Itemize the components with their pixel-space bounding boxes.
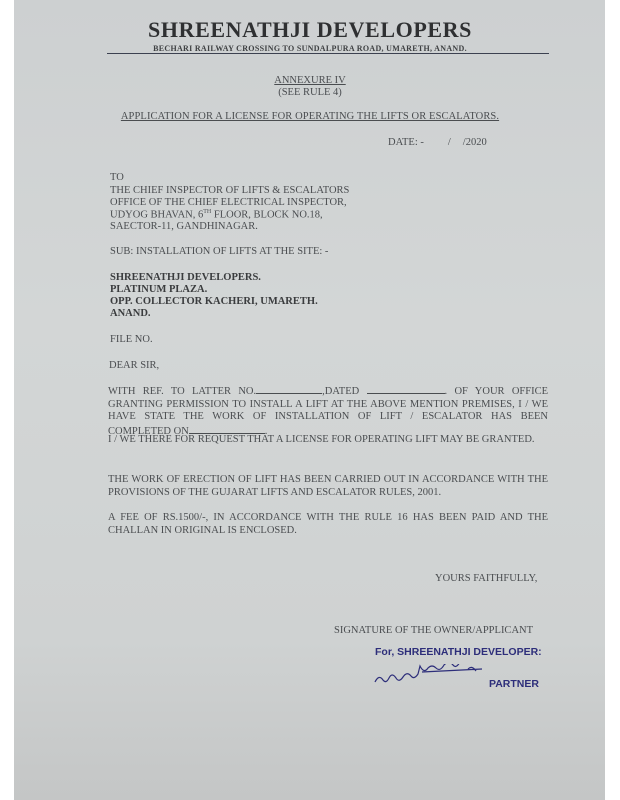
site-line-3: OPP. COLLECTOR KACHERI, UMARETH. [110,296,318,307]
partner-label: PARTNER [489,678,539,690]
company-name: SHREENATHJI DEVELOPERS [0,17,620,43]
recipient-line-3a: UDYOG BHAVAN, 6 [110,210,203,221]
annexure-rule: (SEE RULE 4) [0,87,620,98]
recipient-line-2: OFFICE OF THE CHIEF ELECTRICAL INSPECTOR… [110,197,347,208]
body-paragraph-4: A FEE OF RS.1500/-, IN ACCORDANCE WITH T… [108,512,548,537]
site-line-2: PLATINUM PLAZA. [110,284,207,295]
application-heading: APPLICATION FOR A LICENSE FOR OPERATING … [0,111,620,122]
recipient-line-1: THE CHIEF INSPECTOR OF LIFTS & ESCALATOR… [110,185,349,196]
date-year: /2020 [463,137,487,148]
annexure-title: ANNEXURE IV [0,75,620,86]
site-line-4: ANAND. [110,308,151,319]
signature-label: SIGNATURE OF THE OWNER/APPLICANT [334,625,533,636]
body-paragraph-1: WITH REF. TO LATTER NO.,DATED . OF YOUR … [108,384,548,438]
dated-blank [367,384,445,394]
to-label: TO [110,172,124,183]
salutation: DEAR SIR, [109,360,159,371]
header-divider [107,53,549,54]
ref-label: WITH REF. TO LATTER NO. [108,386,256,397]
company-stamp: For, SHREENATHJI DEVELOPER: [375,646,542,658]
date-line: DATE: -//2020 [388,137,487,148]
dated-label: ,DATED [322,386,359,397]
letter-number-blank [256,384,322,394]
body-paragraph-3: THE WORK OF ERECTION OF LIFT HAS BEEN CA… [108,474,548,499]
yours-faithfully: YOURS FAITHFULLY, [435,573,537,584]
site-line-1: SHREENATHJI DEVELOPERS. [110,272,261,283]
date-separator: / [448,137,451,148]
date-label: DATE: - [388,137,424,148]
body-paragraph-2: I / WE THERE FOR REQUEST THAT A LICENSE … [108,434,548,447]
completed-on-blank [189,424,265,434]
recipient-line-3b: FLOOR, BLOCK NO.18, [211,210,322,221]
company-address: BECHARI RAILWAY CROSSING TO SUNDALPURA R… [0,44,620,53]
subject-line: SUB: INSTALLATION OF LIFTS AT THE SITE: … [110,246,328,257]
recipient-line-3: UDYOG BHAVAN, 6TH FLOOR, BLOCK NO.18, [110,209,323,221]
recipient-line-4: SAECTOR-11, GANDHINAGAR. [110,221,258,232]
file-number: FILE NO. [110,334,153,345]
handwritten-signature [372,664,507,690]
